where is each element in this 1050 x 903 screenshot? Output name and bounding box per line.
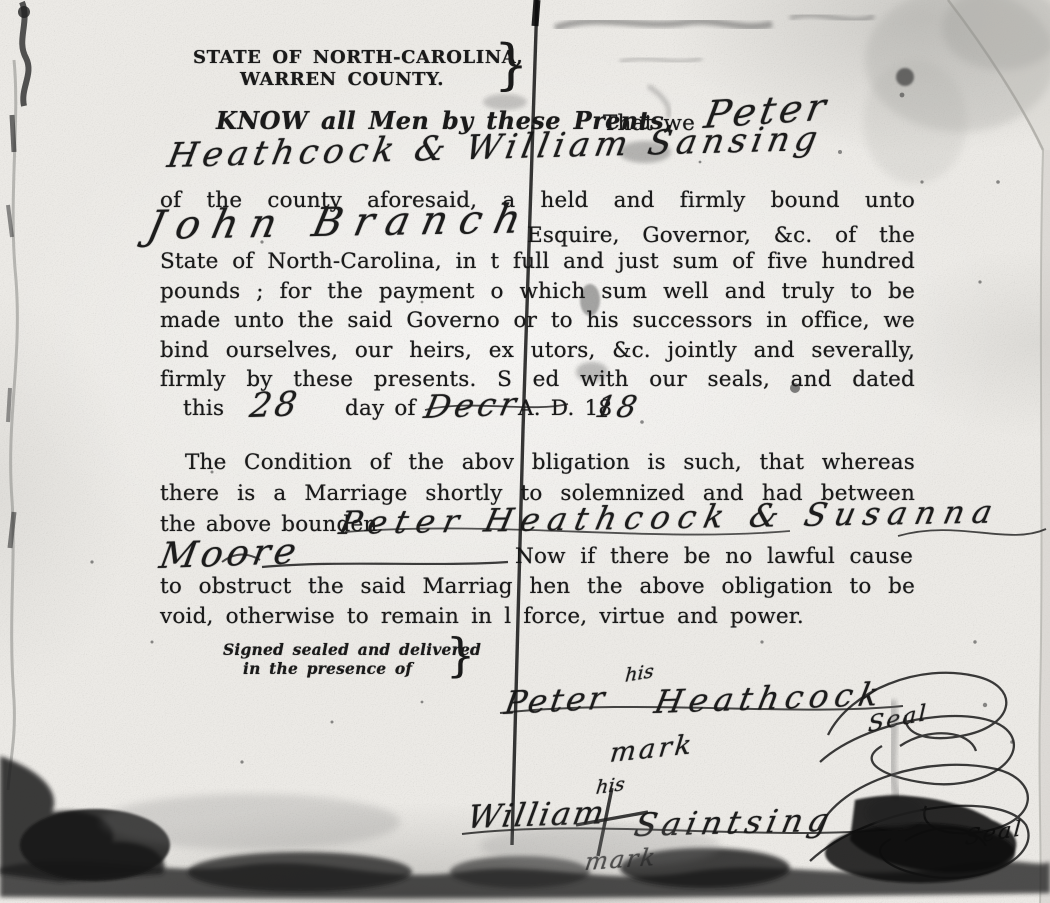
- condition-line-6: void, otherwise to remain in l force, vi…: [160, 604, 804, 629]
- header-state-line: STATE OF NORTH-CAROLINA,: [193, 47, 523, 68]
- signature-1-mark-label: mark: [608, 729, 696, 769]
- hw-date-month: Decr: [421, 385, 524, 426]
- hw-date-year: 18: [592, 390, 642, 425]
- signature-2-last-name: Saintsing: [631, 801, 837, 844]
- signature-1-last-name: Heathcock: [651, 675, 888, 721]
- condition-line-4: Now if there be no lawful cause: [515, 544, 913, 569]
- document-scan: STATE OF NORTH-CAROLINA, WARREN COUNTY. …: [0, 0, 1050, 903]
- signature-2-first-name: William: [465, 793, 609, 836]
- attestation-line-2: in the presence of: [243, 659, 412, 678]
- signature-1-first-name: Peter: [502, 679, 610, 722]
- hw-bride-surname: Moore: [156, 531, 303, 577]
- bond-line-made: made unto the said Governo or to his suc…: [160, 308, 915, 333]
- hw-governor-name: John Branch: [143, 196, 537, 249]
- signature-2-mark-label: mark: [583, 843, 659, 876]
- bond-line-sum: State of North-Carolina, in t full and j…: [160, 249, 915, 274]
- date-this-label: this: [183, 396, 224, 421]
- bond-line-bind: bind ourselves, our heirs, ex utors, &c.…: [160, 338, 915, 363]
- attestation-line-1: Signed sealed and delivered: [223, 640, 481, 659]
- header-county-line: WARREN COUNTY.: [240, 69, 444, 90]
- seal-2-label: Seal: [964, 816, 1024, 850]
- bond-line-payment: pounds ; for the payment o which sum wel…: [160, 279, 915, 304]
- hw-date-day: 28: [247, 384, 302, 426]
- date-dayof-label: day of: [345, 396, 416, 421]
- condition-line-1: The Condition of the abov bligation is s…: [185, 450, 915, 475]
- signature-1-his-label: his: [624, 660, 654, 687]
- condition-line-5: to obstruct the said Marriag hen the abo…: [160, 574, 915, 599]
- bond-line-esquire: Esquire, Governor, &c. of the: [527, 223, 915, 248]
- document-text: STATE OF NORTH-CAROLINA, WARREN COUNTY. …: [0, 0, 1050, 903]
- header-brace: }: [494, 38, 529, 92]
- signature-2-his-label: his: [595, 773, 626, 799]
- attestation-brace: }: [446, 632, 475, 678]
